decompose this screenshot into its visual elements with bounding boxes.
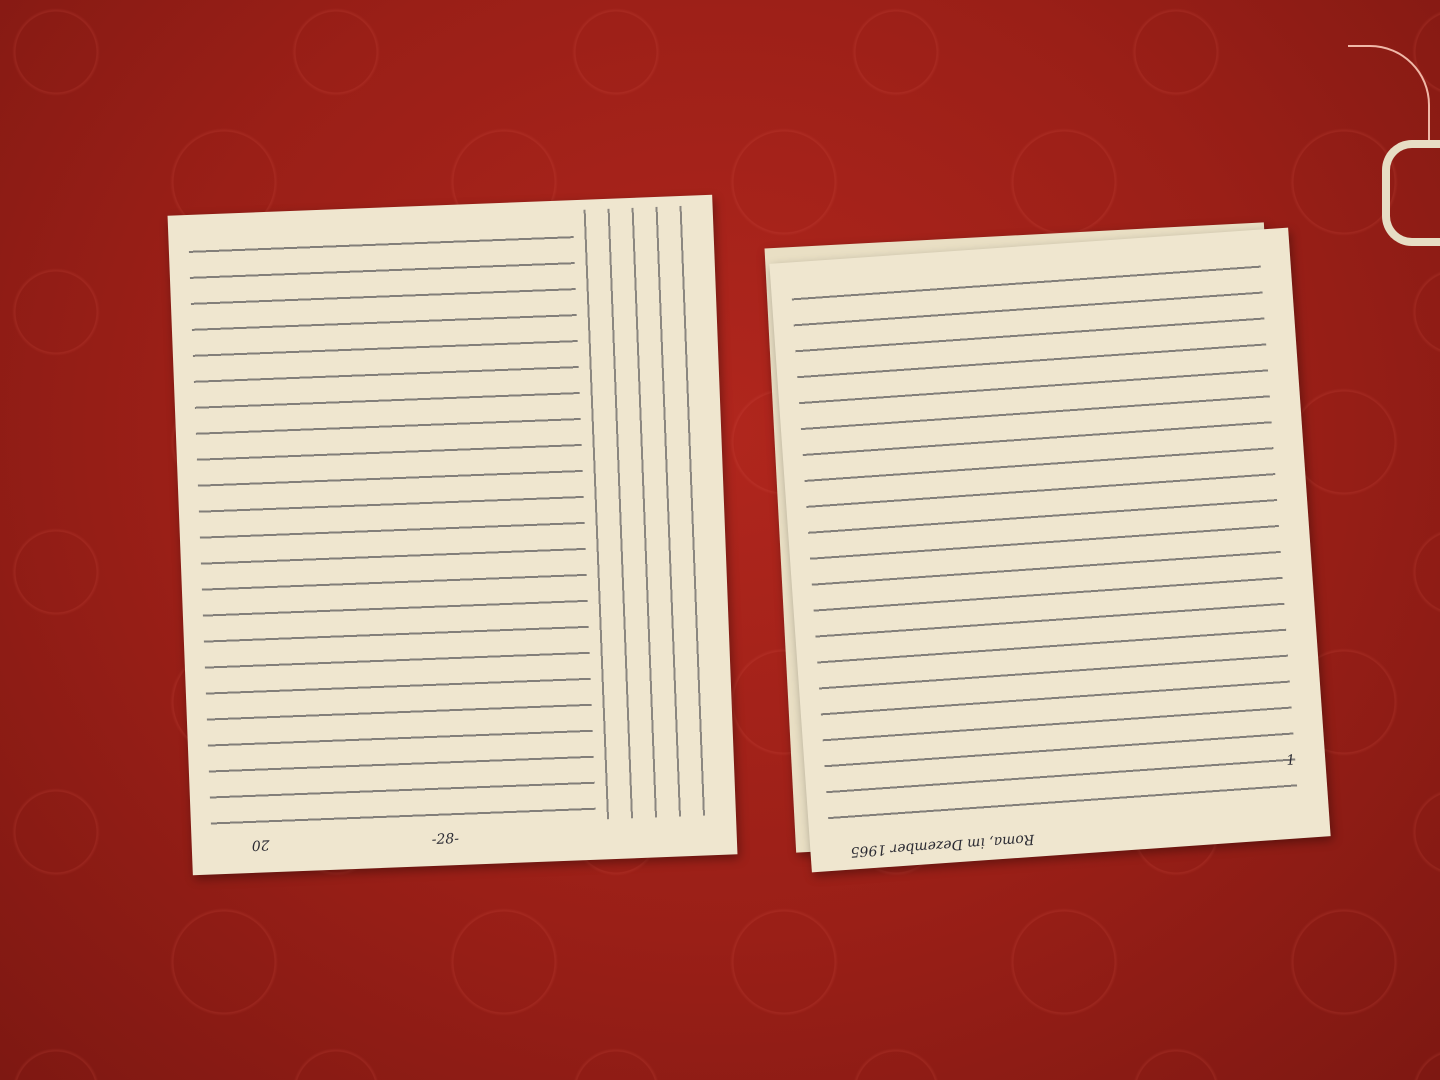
closing-line: Roma, im Dezember 1965 <box>850 831 1035 860</box>
page-number-center: -28- <box>431 831 459 848</box>
left-manuscript-page: -28- 20 <box>168 195 738 875</box>
handwritten-text-lines <box>188 218 596 834</box>
page-number: 1 <box>1286 752 1296 769</box>
margin-note-lines <box>568 206 716 820</box>
handwritten-text-lines <box>791 248 1298 831</box>
page-number-corner: 20 <box>251 836 269 853</box>
right-manuscript-page: 1 Roma, im Dezember 1965 <box>769 228 1330 873</box>
cloth-ribbon <box>1382 140 1440 246</box>
